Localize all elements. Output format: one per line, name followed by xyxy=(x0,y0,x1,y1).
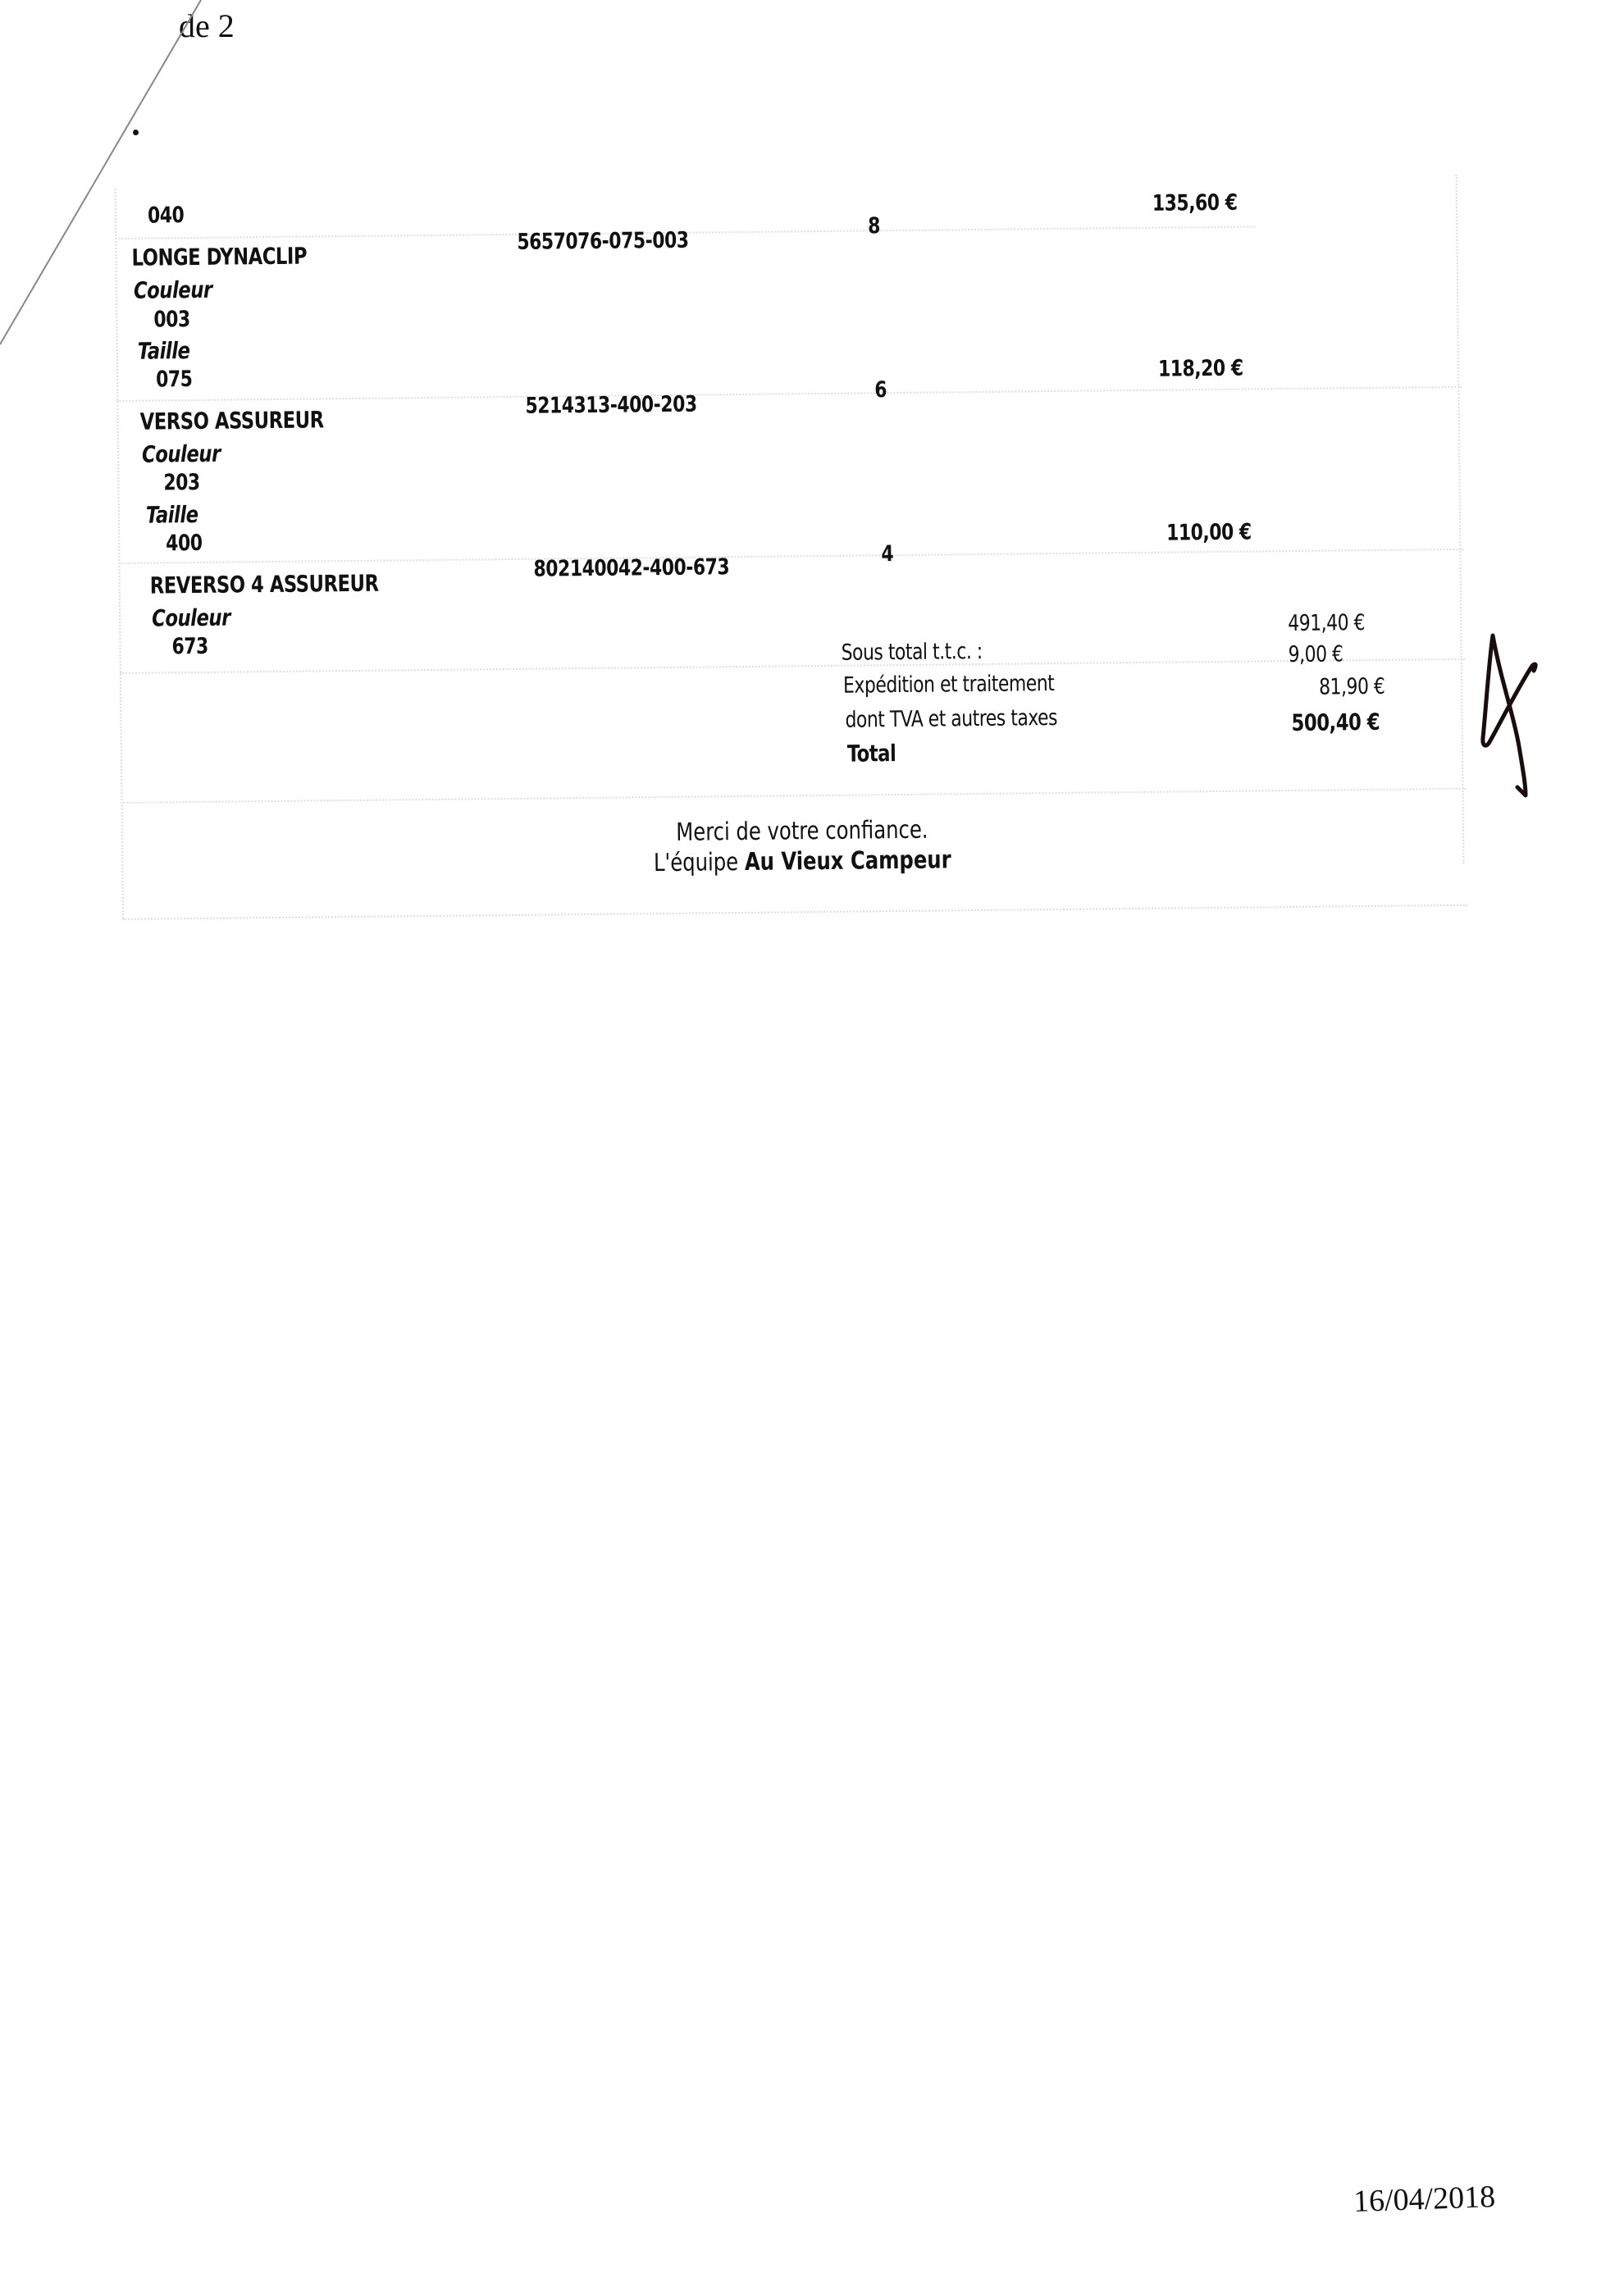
product-price: 135,60 € xyxy=(1152,190,1238,216)
attr-label-taille: Taille xyxy=(146,501,198,529)
product-name: REVERSO 4 ASSUREUR xyxy=(150,570,379,599)
attr-value: 203 xyxy=(163,470,200,495)
subtotal-label: Sous total t.t.c. : xyxy=(842,639,983,666)
attr-value: 673 xyxy=(171,634,208,659)
invoice-table: 040 LONGE DYNACLIP 5657076-075-003 8 135… xyxy=(0,0,1624,944)
row-divider xyxy=(120,658,1465,674)
row-divider xyxy=(121,788,1467,804)
table-left-border xyxy=(115,189,124,918)
brand-name: Au Vieux Campeur xyxy=(745,845,951,877)
product-name: VERSO ASSUREUR xyxy=(139,406,323,435)
row-divider xyxy=(116,386,1462,402)
table-row: VERSO ASSUREUR 5214313-400-203 6 118,20 … xyxy=(0,0,1622,1)
tax-value: 81,90 € xyxy=(1319,674,1385,700)
product-quantity: 8 xyxy=(868,213,880,239)
product-reference: 802140042-400-673 xyxy=(533,554,729,581)
attr-value: 075 xyxy=(156,367,193,392)
shipping-value: 9,00 € xyxy=(1289,641,1343,667)
attr-label-couleur: Couleur xyxy=(134,276,212,304)
attr-label-couleur: Couleur xyxy=(152,604,230,632)
table-row: LONGE DYNACLIP 5657076-075-003 8 135,60 … xyxy=(0,0,1622,1)
table-right-border xyxy=(1456,175,1465,863)
product-price: 118,20 € xyxy=(1158,356,1243,382)
product-quantity: 6 xyxy=(874,377,887,403)
tax-label: dont TVA et autres taxes xyxy=(845,705,1057,733)
product-price: 110,00 € xyxy=(1166,520,1252,546)
totals-block: Sous total t.t.c. : 491,40 € Expédition … xyxy=(0,0,1622,1)
table-bottom-border xyxy=(122,904,1467,920)
shipping-label: Expédition et traitement xyxy=(843,671,1055,699)
attr-label-couleur: Couleur xyxy=(142,440,221,468)
total-label: Total xyxy=(847,740,896,768)
table-row: REVERSO 4 ASSUREUR 802140042-400-673 4 1… xyxy=(0,0,1622,1)
total-value: 500,40 € xyxy=(1291,708,1380,736)
subtotal-value: 491,40 € xyxy=(1288,610,1365,636)
continued-attr-value: 040 xyxy=(148,203,185,228)
row-divider xyxy=(118,549,1463,564)
product-reference: 5657076-075-003 xyxy=(517,228,688,255)
product-quantity: 4 xyxy=(881,541,893,567)
product-reference: 5214313-400-203 xyxy=(525,392,696,419)
attr-value: 400 xyxy=(166,531,203,556)
attr-label-taille: Taille xyxy=(138,337,190,365)
attr-value: 003 xyxy=(153,307,190,332)
stamp-date: 16/04/2018 xyxy=(1353,2179,1496,2220)
handwritten-x-mark-icon xyxy=(1468,631,1558,804)
product-name: LONGE DYNACLIP xyxy=(131,243,307,271)
team-prefix: L'équipe xyxy=(654,848,738,877)
